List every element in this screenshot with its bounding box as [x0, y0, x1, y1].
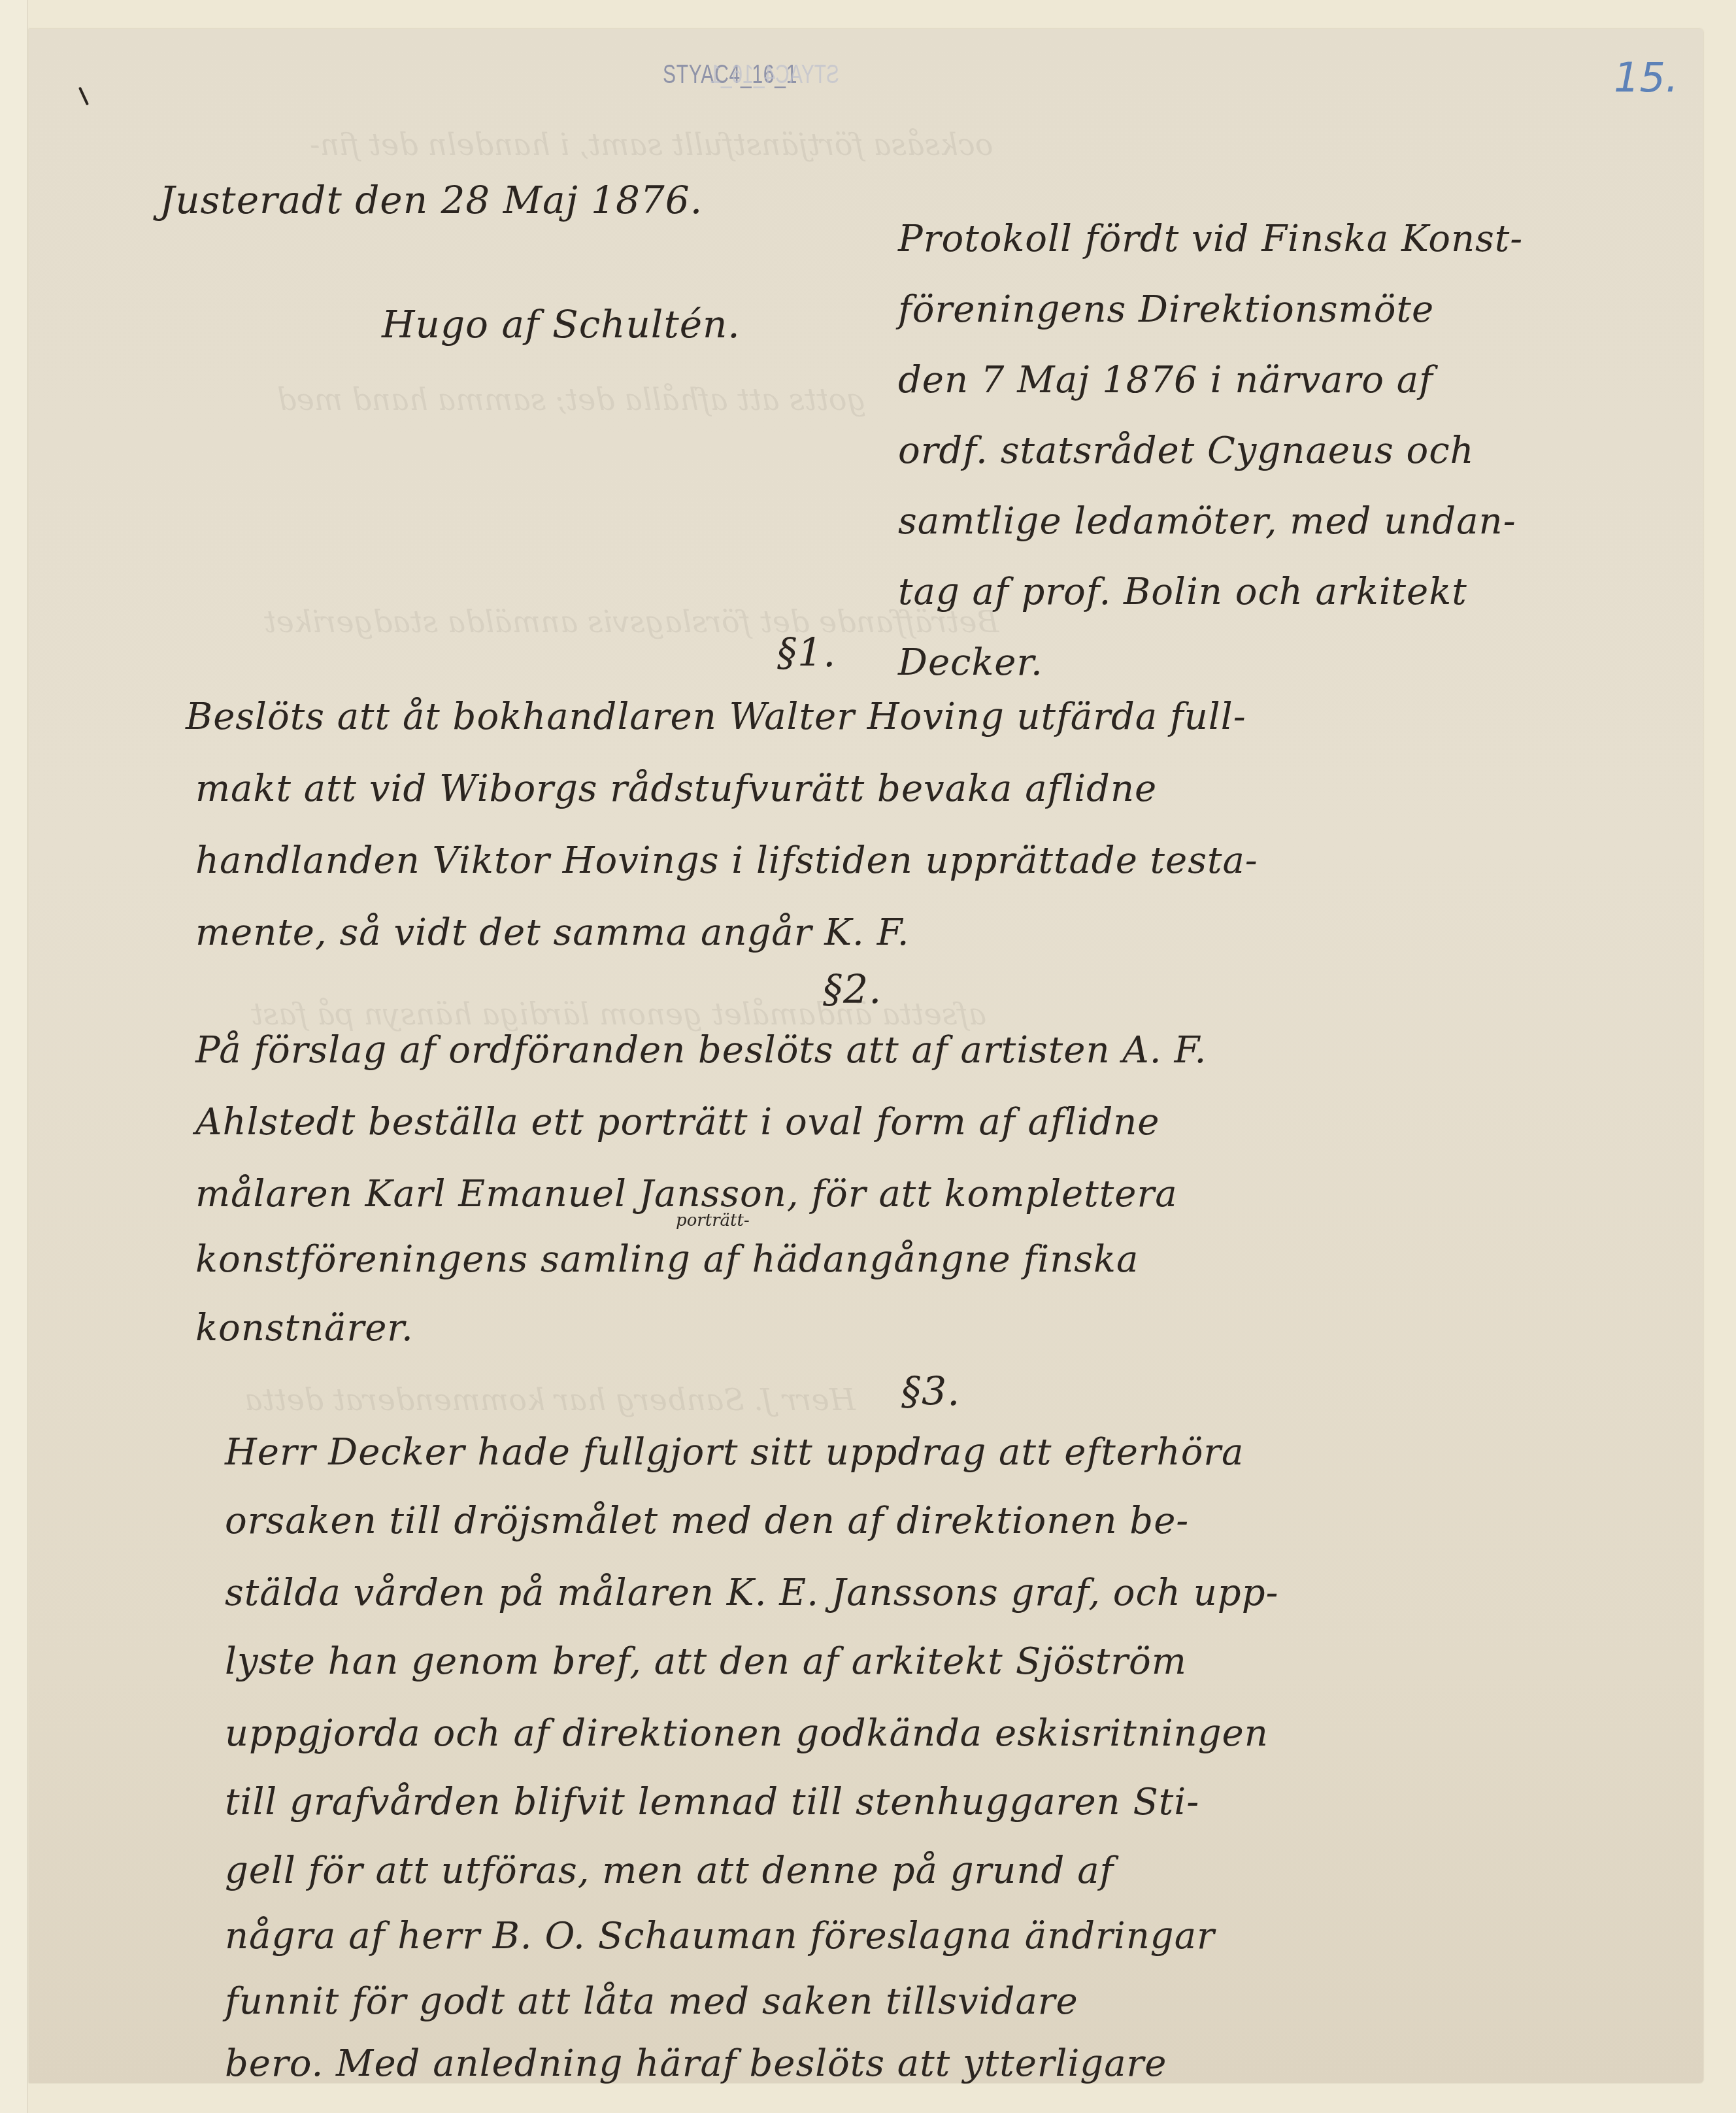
section-3-line: Herr Decker hade fullgjort sitt uppdrag …	[225, 1434, 1244, 1471]
section-2-line: Ahlstedt beställa ett porträtt i oval fo…	[195, 1104, 1160, 1141]
approval-note-date: Justeradt den 28 Maj 1876.	[159, 178, 703, 222]
section-3-line: funnit för godt att låta med saken tills…	[225, 1984, 1078, 2020]
section-1-line: mente, så vidt det samma angår K. F.	[195, 915, 910, 951]
section-2-line: målaren Karl Emanuel Jansson, för att ko…	[195, 1176, 1178, 1213]
header-line: den 7 Maj 1876 i närvaro af	[898, 345, 1715, 416]
section-2-line: konstnärer.	[195, 1310, 414, 1347]
section-3-line: gell för att utföras, men att denne på g…	[225, 1853, 1114, 1889]
section-mark-1: §1.	[777, 630, 836, 676]
section-1-line: makt att vid Wiborgs rådstufvurätt bevak…	[195, 771, 1157, 807]
section-3-line: lyste han genom bref, att den af arkitek…	[225, 1644, 1187, 1680]
section-3-line: stälda vården på målaren K. E. Janssons …	[225, 1575, 1278, 1612]
interlinear-insertion: porträtt-	[676, 1211, 750, 1230]
protocol-header: Protokoll fördt vid Finska Konst- föreni…	[898, 204, 1715, 698]
header-line: samtlige ledamöter, med undan-	[898, 486, 1715, 557]
section-1-line: Beslöts att åt bokhandlaren Walter Hovin…	[186, 699, 1246, 735]
section-mark-2: §2.	[823, 967, 882, 1013]
section-3-line: bero. Med anledning häraf beslöts att yt…	[225, 2046, 1167, 2082]
section-3-line: till grafvården blifvit lemnad till sten…	[225, 1784, 1199, 1821]
header-line: Protokoll fördt vid Finska Konst-	[898, 204, 1715, 275]
bleed-through-text: gotts att afhålla det; samma hand med	[277, 382, 866, 417]
folio-number: 15.	[1614, 54, 1678, 101]
header-line: ordf. statsrådet Cygnaeus och	[898, 416, 1715, 486]
bleed-through-text: Herr J. Sanberg har kommenderat detta	[244, 1382, 856, 1417]
bleed-through-text: Beträffande det förslagsvis anmälda stad…	[264, 604, 999, 639]
section-3-line: uppgjorda och af direktionen godkända es…	[225, 1716, 1269, 1752]
section-mark-3: §3.	[901, 1369, 960, 1415]
mount-board-edge	[0, 0, 28, 2113]
bleed-through-text: ocksåsa förtjänstfullt samt, i handeln d…	[310, 127, 993, 162]
ink-tick-mark	[78, 87, 89, 106]
header-line: Decker.	[898, 628, 1715, 698]
archive-id-stamp-bleed: STYAC4_16_1	[710, 60, 839, 90]
section-3-line: orsaken till dröjsmålet med den af direk…	[225, 1503, 1189, 1540]
section-2-line: konstföreningens samling af hädangångne …	[195, 1242, 1139, 1278]
manuscript-page: STYAC4_16_1 STYAC4_16_1 15. ocksåsa fört…	[29, 29, 1703, 2083]
section-3-line: några af herr B. O. Schauman föreslagna …	[225, 1918, 1215, 1955]
section-2-line: På förslag af ordföranden beslöts att af…	[195, 1032, 1207, 1069]
header-line: föreningens Direktionsmöte	[898, 275, 1715, 345]
header-line: tag af prof. Bolin och arkitekt	[898, 557, 1715, 628]
section-1-line: handlanden Viktor Hovings i lifstiden up…	[195, 843, 1258, 879]
approval-signature: Hugo af Schultén.	[382, 302, 741, 347]
